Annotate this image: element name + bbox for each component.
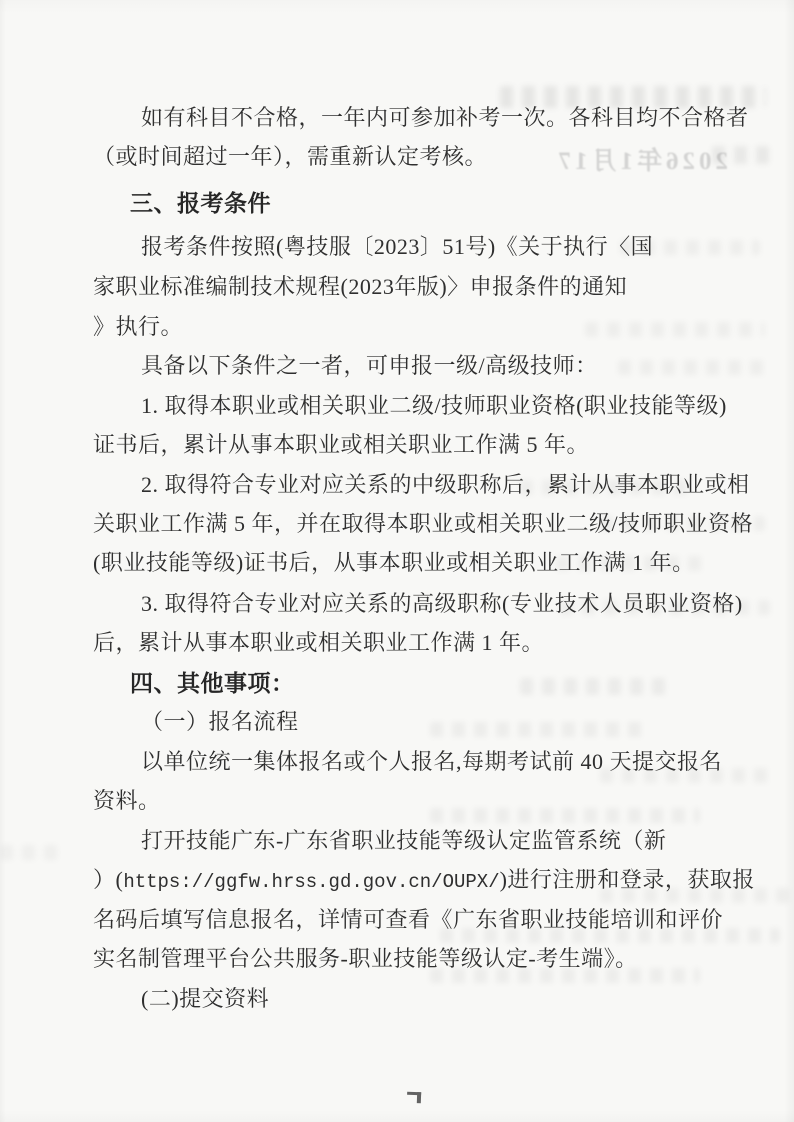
scanned-page: 2026年1月17 如有科目不合格，一年内可参加补考一次。各科目均不合格者 （或… xyxy=(0,0,794,1122)
url-line: ）(https://ggfw.hrss.gd.gov.cn/OUPX/)进行注册… xyxy=(93,864,753,898)
paragraph-line: 如有科目不合格，一年内可参加补考一次。各科目均不合格者 xyxy=(141,102,794,134)
url-line-prefix: ）( xyxy=(93,867,123,892)
condition-item-3: 3. 取得符合专业对应关系的高级职称(专业技术人员职业资格) xyxy=(141,588,794,620)
registration-url: https://ggfw.hrss.gd.gov.cn/OUPX/ xyxy=(123,871,499,893)
page-number-smudge xyxy=(407,1092,421,1103)
section-heading-3: 三、报考条件 xyxy=(130,188,790,220)
paragraph-line: 打开技能广东-广东省职业技能等级认定监管系统（新 xyxy=(141,825,794,857)
paragraph-line: 以单位统一集体报名或个人报名,每期考试前 40 天提交报名 xyxy=(141,746,794,778)
paragraph-line: 实名制管理平台公共服务-职业技能等级认定-考生端》。 xyxy=(93,943,753,975)
section-heading-4: 四、其他事项： xyxy=(130,668,790,700)
paragraph-line: 后，累计从事本职业或相关职业工作满 1 年。 xyxy=(93,627,753,659)
paragraph-line: 报考条件按照(粤技服〔2023〕51号)《关于执行〈国 xyxy=(141,231,794,263)
paragraph-line: 具备以下条件之一者，可申报一级/高级技师： xyxy=(141,350,794,382)
url-line-suffix: )进行注册和登录，获取报 xyxy=(500,867,755,892)
paragraph-line: 家职业标准编制技术规程(2023年版)〉申报条件的通知 xyxy=(93,271,753,303)
subsection-heading-1: （一）报名流程 xyxy=(141,706,794,738)
paragraph-line: (职业技能等级)证书后，从事本职业或相关职业工作满 1 年。 xyxy=(93,547,753,579)
condition-item-2: 2. 取得符合专业对应关系的中级职称后，累计从事本职业或相 xyxy=(141,469,794,501)
paragraph-line: 证书后，累计从事本职业或相关职业工作满 5 年。 xyxy=(93,429,753,461)
paragraph-line: 关职业工作满 5 年，并在取得本职业或相关职业二级/技师职业资格 xyxy=(93,508,753,540)
condition-item-1: 1. 取得本职业或相关职业二级/技师职业资格(职业技能等级) xyxy=(141,390,794,422)
paragraph-line: 名码后填写信息报名，详情可查看《广东省职业技能培训和评价 xyxy=(93,904,753,936)
document-text: 如有科目不合格，一年内可参加补考一次。各科目均不合格者 （或时间超过一年），需重… xyxy=(0,0,794,1122)
paragraph-line: 资料。 xyxy=(93,785,753,817)
subsection-heading-2: (二)提交资料 xyxy=(141,983,794,1015)
paragraph-line: （或时间超过一年），需重新认定考核。 xyxy=(93,141,753,173)
paragraph-line: 》执行。 xyxy=(93,311,753,343)
